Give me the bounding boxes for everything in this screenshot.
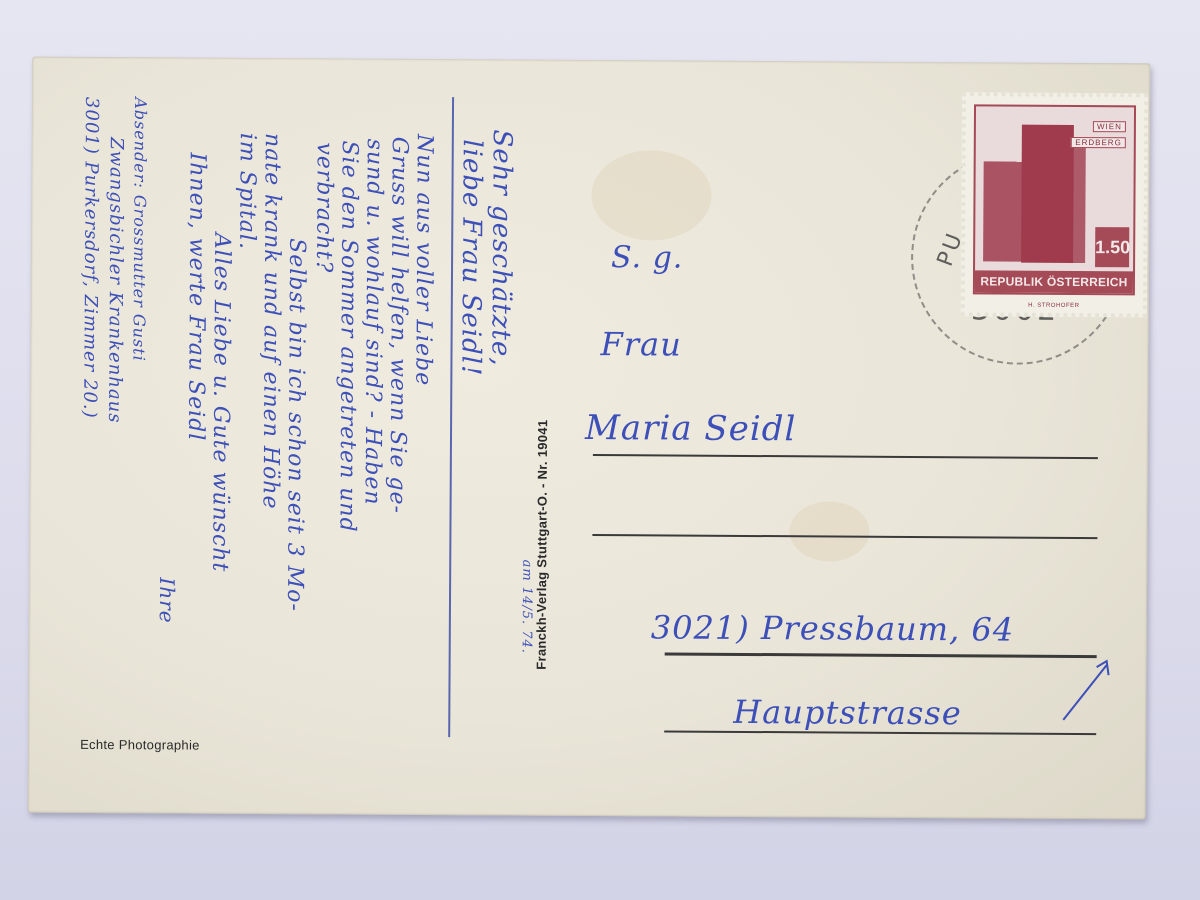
message-line: Zwangsbichler Krankenhaus (104, 137, 127, 423)
address-rule-3 (665, 652, 1097, 657)
message-line: Ihnen, werte Frau Seidl (183, 153, 210, 442)
address-block: S. g. Frau Maria Seidl 3021) Pressbaum, … (32, 57, 1150, 64)
stamp-building-left (983, 161, 1024, 261)
stamp-city: WIEN (1093, 121, 1126, 132)
address-line-2: Frau (600, 325, 681, 363)
message-line: Nun aus voller Liebe (410, 134, 437, 386)
stamp-image: WIEN ERDBERG 1.50 REPUBLIK ÖSTERREICH (973, 104, 1136, 295)
stamp-denomination: 1.50 (1095, 227, 1129, 267)
address-rule-4 (664, 730, 1096, 734)
address-line-1: S. g. (611, 240, 684, 275)
message-line: Ihre (155, 577, 179, 623)
message-line: Sie den Sommer angetreten und (334, 140, 361, 532)
photo-note: Echte Photographie (80, 737, 200, 753)
message-line: Gruss will helfen, wenn Sie ge- (385, 137, 412, 514)
paper-stain (591, 150, 712, 241)
publisher-imprint: Franckh-Verlag Stuttgart-O. - Nr. 19041 (534, 420, 551, 670)
message-salutation-2: liebe Frau Seidl! (455, 139, 486, 376)
stamp-building-right (1071, 147, 1086, 263)
address-line-3: Maria Seidl (585, 408, 796, 449)
message-line: 3001) Purkersdorf, Zimmer 20.) (79, 97, 102, 419)
message-line: verbracht? (311, 142, 337, 273)
message-date: am 14/5. 74. (519, 560, 535, 654)
stamp-subject: ERDBERG (1071, 137, 1126, 148)
address-rule-1 (593, 454, 1098, 459)
paper-stain (789, 501, 869, 561)
message-line: Alles Liebe u. Gute wünscht (207, 233, 234, 573)
stamp-engraver: H. STROHOFER (965, 302, 1143, 309)
address-line-4: 3021) Pressbaum, 64 (651, 608, 1015, 648)
arrow-icon (1058, 655, 1118, 725)
message-line: Selbst bin ich schon seit 3 Mo- (282, 238, 309, 612)
message-line: nate krank und auf einen Höhe (258, 133, 285, 510)
postage-stamp: WIEN ERDBERG 1.50 REPUBLIK ÖSTERREICH H.… (961, 92, 1148, 317)
address-line-5: Hauptstrasse (733, 693, 962, 732)
stamp-country: REPUBLIK ÖSTERREICH (975, 270, 1133, 293)
stamp-tower (1021, 125, 1074, 263)
message-line: im Spital. (234, 133, 260, 250)
postcard: Sehr geschätzte, liebe Frau Seidl! am 14… (28, 57, 1151, 820)
message-salutation-1: Sehr geschätzte, (485, 129, 516, 366)
stamp-value-text: 1.50 (1095, 237, 1130, 257)
message-line: sund u. wohlauf sind? - Haben (360, 139, 387, 506)
center-divider (448, 97, 454, 737)
message-line: Absender: Grossmutter Gusti (129, 97, 150, 362)
message-area: Sehr geschätzte, liebe Frau Seidl! am 14… (32, 57, 1150, 64)
